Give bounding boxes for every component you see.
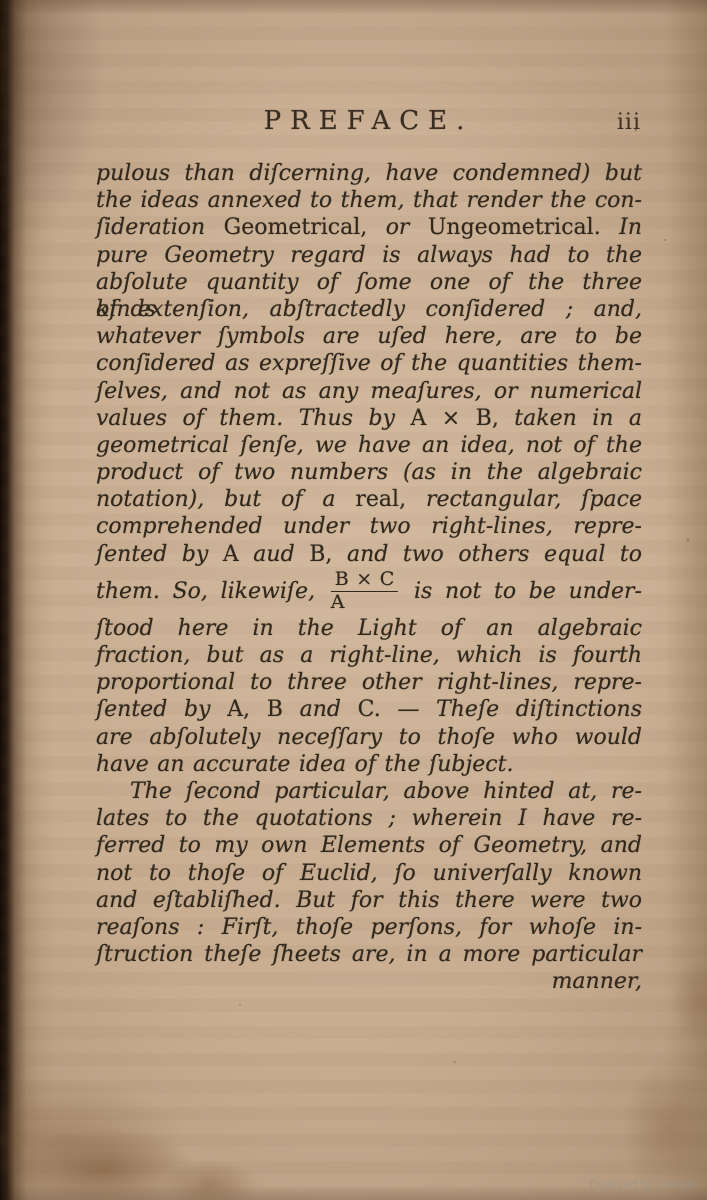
italic-text-segment: The ſecond particular, above hinted at, … (130, 779, 642, 804)
roman-text-segment: A (223, 542, 239, 567)
italic-text-segment: proportional to three other right-lines,… (96, 670, 642, 695)
italic-text-segment: not to thoſe of Euclid, ſo univerſally k… (96, 861, 642, 886)
text-line: notation), but of a real, rectangular, ſ… (96, 486, 642, 513)
italic-text-segment: and two others equal to (332, 542, 642, 567)
roman-text-segment: A, B (227, 697, 283, 722)
italic-text-segment: them. So, likewiſe, (96, 579, 328, 604)
italic-text-segment: — Theſe diſtinctions (381, 697, 642, 722)
italic-text-segment: is not to be under- (401, 579, 642, 604)
italic-text-segment: rectangular, ſpace (406, 487, 642, 512)
text-line: ſelves, and not as any meaſures, or nume… (96, 378, 642, 405)
italic-text-segment: and eſtabliſhed. But for this there were… (96, 888, 642, 913)
text-line: reaſons : Firſt, thoſe perſons, for whoſ… (96, 914, 642, 941)
page-title: PREFACE. (96, 106, 641, 136)
italic-text-segment: or (367, 215, 428, 240)
italic-text-segment: the ideas annexed to them, that render t… (96, 188, 642, 213)
inline-fraction: B × CA (331, 570, 399, 613)
italic-text-segment: manner, (552, 969, 642, 994)
text-line: have an accurate idea of the ſubject. (96, 751, 642, 778)
italic-text-segment: ſelves, and not as any meaſures, or nume… (96, 379, 642, 404)
text-line: fraction, but as a right-line, which is … (96, 642, 642, 669)
italic-text-segment: whatever ſymbols are uſed here, are to b… (96, 324, 642, 349)
italic-text-segment: conſidered as expreſſive of the quantiti… (96, 351, 642, 376)
text-block: pulous than diſcerning, have condemned) … (96, 160, 642, 995)
italic-text-segment: are abſolutely neceſſary to thoſe who wo… (96, 725, 642, 750)
italic-text-segment: product of two numbers (as in the algebr… (96, 460, 642, 485)
italic-text-segment: pure Geometry regard is always had to th… (96, 243, 642, 268)
roman-text-segment: A × B, (410, 406, 498, 431)
text-line: values of them. Thus by A × B, taken in … (96, 405, 642, 432)
text-line: ſented by A, B and C. — Theſe diſtinctio… (96, 696, 642, 723)
italic-text-segment: ſented by (96, 542, 223, 567)
italic-text-segment: In (601, 215, 642, 240)
text-line: and eſtabliſhed. But for this there were… (96, 887, 642, 914)
page-header: PREFACE. iii (96, 106, 641, 140)
text-line: are abſolutely neceſſary to thoſe who wo… (96, 724, 642, 751)
text-line: not to thoſe of Euclid, ſo univerſally k… (96, 860, 642, 887)
italic-text-segment: values of them. Thus by (96, 406, 410, 431)
italic-text-segment: taken in a (499, 406, 642, 431)
text-line: of extenſion, abſtractedly conſidered ; … (96, 296, 642, 323)
italic-text-segment: geometrical ſenſe, we have an idea, not … (96, 433, 642, 458)
text-line: the ideas annexed to them, that render t… (96, 187, 642, 214)
italic-text-segment: ferred to my own Elements of Geometry, a… (96, 833, 642, 858)
italic-text-segment: have an accurate idea of the ſubject. (96, 752, 513, 777)
text-line: conſidered as expreſſive of the quantiti… (96, 350, 642, 377)
roman-text-segment: C. (358, 697, 381, 722)
italic-text-segment: of extenſion, abſtractedly conſidered ; … (96, 297, 642, 322)
text-line: pure Geometry regard is always had to th… (96, 242, 642, 269)
text-line: The ſecond particular, above hinted at, … (96, 778, 642, 805)
italic-text-segment: and (283, 697, 358, 722)
text-line: ſtruction theſe ſheets are, in a more pa… (96, 941, 642, 968)
italic-text-segment: comprehended under two right-lines, repr… (96, 514, 642, 539)
italic-text-segment: ſtood here in the Light of an algebraic (96, 616, 642, 641)
text-line: whatever ſymbols are uſed here, are to b… (96, 323, 642, 350)
text-line: lates to the quotations ; wherein I have… (96, 805, 642, 832)
roman-text-segment: real, (355, 487, 406, 512)
italic-text-segment: notation), but of a (96, 487, 355, 512)
italic-text-segment: ſtruction theſe ſheets are, in a more pa… (96, 942, 642, 967)
text-line: proportional to three other right-lines,… (96, 669, 642, 696)
italic-text-segment: reaſons : Firſt, thoſe perſons, for whoſ… (96, 915, 642, 940)
roman-text-segment: Geometrical, (224, 215, 368, 240)
text-line: ſtood here in the Light of an algebraic (96, 615, 642, 642)
text-line: ſideration Geometrical, or Ungeometrical… (96, 214, 642, 241)
text-line: manner, (96, 968, 642, 995)
text-line: geometrical ſenſe, we have an idea, not … (96, 432, 642, 459)
italic-text-segment: pulous than diſcerning, have condemned) … (96, 161, 642, 186)
italic-text-segment: ſideration (96, 215, 224, 240)
roman-text-segment: Ungeometrical. (428, 215, 601, 240)
roman-text-segment: B, (309, 542, 332, 567)
text-line: product of two numbers (as in the algebr… (96, 459, 642, 486)
text-line: ſented by A aud B, and two others equal … (96, 541, 642, 568)
text-line: ferred to my own Elements of Geometry, a… (96, 832, 642, 859)
digitized-watermark: Digitized by Google (590, 1179, 697, 1191)
italic-text-segment: fraction, but as a right-line, which is … (96, 643, 642, 668)
text-line: them. So, likewiſe, B × CA is not to be … (96, 568, 642, 615)
italic-text-segment: ſented by (96, 697, 227, 722)
scanned-book-page: PREFACE. iii pulous than diſcerning, hav… (0, 0, 707, 1200)
text-line: comprehended under two right-lines, repr… (96, 513, 642, 540)
italic-text-segment: aud (239, 542, 309, 567)
text-line: pulous than diſcerning, have condemned) … (96, 160, 642, 187)
italic-text-segment: lates to the quotations ; wherein I have… (96, 806, 642, 831)
page-number: iii (617, 110, 641, 135)
text-line: abſolute quantity of ſome one of the thr… (96, 269, 642, 296)
